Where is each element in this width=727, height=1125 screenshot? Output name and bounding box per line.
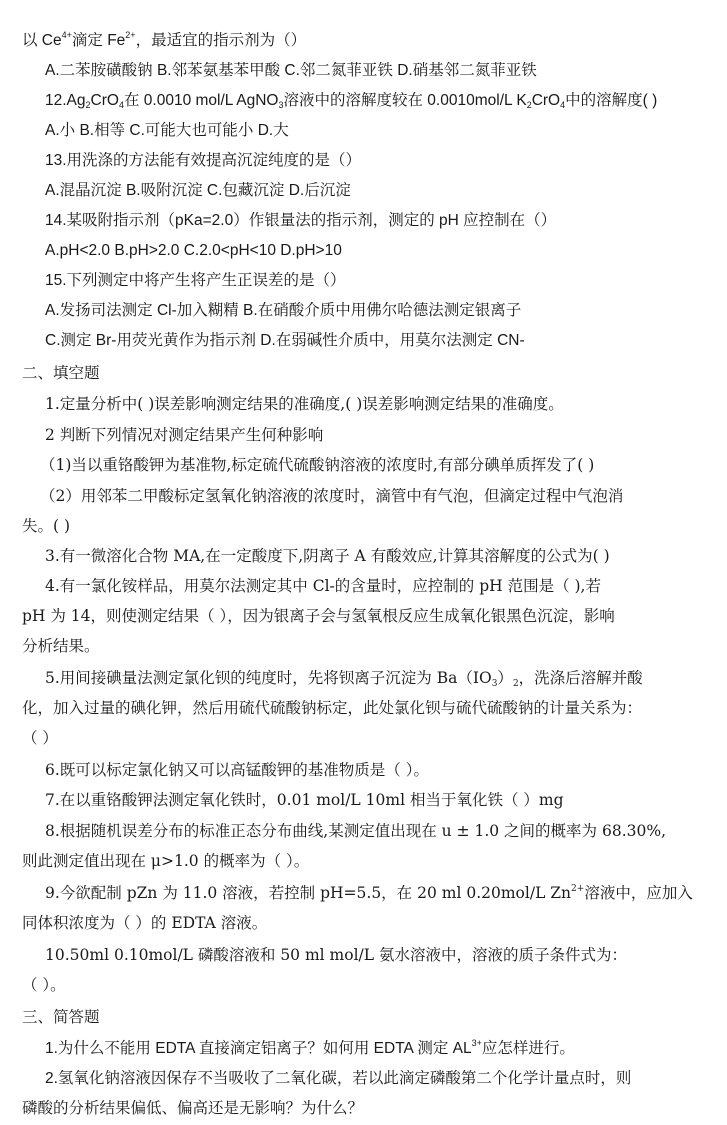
fill-2-1: （1)当以重铬酸钾为基准物,标定硫代硫酸钠溶液的浓度时,有部分碘单质挥发了( ) xyxy=(40,454,594,476)
fill-8a: 8.根据随机误差分布的标准正态分布曲线,某测定值出现在 u ± 1.0 之间的概… xyxy=(45,820,666,842)
short-answer-2a: 2.氢氧化钠溶液因保存不当吸收了二氧化碳，若以此滴定磷酸第二个化学计量点时，则 xyxy=(45,1068,631,1090)
fill-2: 2 判断下列情况对测定结果产生何种影响 xyxy=(45,424,323,446)
fill-6: 6.既可以标定氯化钠又可以高锰酸钾的基准物质是（ ）。 xyxy=(45,759,429,781)
question-15-options-row1: A.发扬司法测定 Cl-加入糊精 B.在硝酸介质中用佛尔哈德法测定银离子 xyxy=(45,300,521,322)
section-3-title: 三、简答题 xyxy=(22,1006,100,1028)
short-answer-1: 1.为什么不能用 EDTA 直接滴定铝离子？如何用 EDTA 测定 AL3+应怎… xyxy=(45,1038,575,1060)
short-answer-2b: 磷酸的分析结果偏低、偏高还是无影响？为什么？ xyxy=(22,1098,363,1120)
fill-1: 1.定量分析中( )误差影响测定结果的准确度,( )误差影响测定结果的准确度。 xyxy=(45,393,564,415)
question-14-options: A.pH<2.0 B.pH>2.0 C.2.0<pH<10 D.pH>10 xyxy=(45,240,342,262)
fill-10a: 10.50ml 0.10mol/L 磷酸溶液和 50 ml mol/L 氨水溶液… xyxy=(45,944,627,966)
fill-7: 7.在以重铬酸钾法测定氧化铁时，0.01 mol/L 10ml 相当于氧化铁（ … xyxy=(45,789,564,811)
fill-5b: 化，加入过量的碘化钾，然后用硫代硫酸钠标定，此处氯化钡与硫代硫酸钠的计量关系为： xyxy=(22,697,642,719)
fill-4c: 分析结果。 xyxy=(22,635,100,657)
question-13-options: A.混晶沉淀 B.吸附沉淀 C.包藏沉淀 D.后沉淀 xyxy=(45,180,351,202)
question-12-options: A.小 B.相等 C.可能大也可能小 D.大 xyxy=(45,120,289,142)
question-12-stem: 12.Ag2CrO4在 0.0010 mol/L AgNO3溶液中的溶解度较在 … xyxy=(45,90,657,112)
question-13-stem: 13.用洗涤的方法能有效提高沉淀纯度的是（） xyxy=(45,150,361,172)
question-15-options-row2: C.测定 Br-用荧光黄作为指示剂 D.在弱碱性介质中，用莫尔法测定 CN- xyxy=(45,330,525,352)
fill-5c: （ ） xyxy=(22,727,58,749)
fill-2-2a: （2）用邻苯二甲酸标定氢氧化钠溶液的浓度时，滴管中有气泡，但滴定过程中气泡消 xyxy=(40,485,623,507)
fill-2-2b: 失。( ) xyxy=(22,515,70,537)
fill-4a: 4.有一氯化铵样品，用莫尔法测定其中 Cl-的含量时，应控制的 pH 范围是（ … xyxy=(45,575,601,597)
fill-9a: 9.今欲配制 pZn 为 11.0 溶液，若控制 pH=5.5，在 20 ml … xyxy=(45,882,693,904)
fill-3: 3.有一微溶化合物 MA,在一定酸度下,阴离子 A 有酸效应,计算其溶解度的公式… xyxy=(45,545,610,567)
fill-10b: （ ）。 xyxy=(22,974,66,996)
question-11-options: A.二苯胺磺酸钠 B.邻苯氨基苯甲酸 C.邻二氮菲亚铁 D.硝基邻二氮菲亚铁 xyxy=(45,60,537,82)
question-15-stem: 15.下列测定中将产生将产生正误差的是（） xyxy=(45,270,346,292)
fill-5a: 5.用间接碘量法测定氯化钡的纯度时，先将钡离子沉淀为 Ba（IO3）2，洗涤后溶… xyxy=(45,667,643,689)
question-11-stem: 以 Ce4+滴定 Fe2+，最适宜的指示剂为（） xyxy=(22,30,306,52)
fill-4b: pH 为 14，则使测定结果（ ），因为银离子会与氢氧根反应生成氧化银黑色沉淀，… xyxy=(22,605,615,627)
fill-9b: 同体积浓度为（ ）的 EDTA 溶液。 xyxy=(22,912,267,934)
fill-8b: 则此测定值出现在 μ>1.0 的概率为（ ）。 xyxy=(22,850,309,872)
section-2-title: 二、填空题 xyxy=(22,362,100,384)
question-14-stem: 14.某吸附指示剂（pKa=2.0）作银量法的指示剂，测定的 pH 应控制在（） xyxy=(45,210,556,232)
